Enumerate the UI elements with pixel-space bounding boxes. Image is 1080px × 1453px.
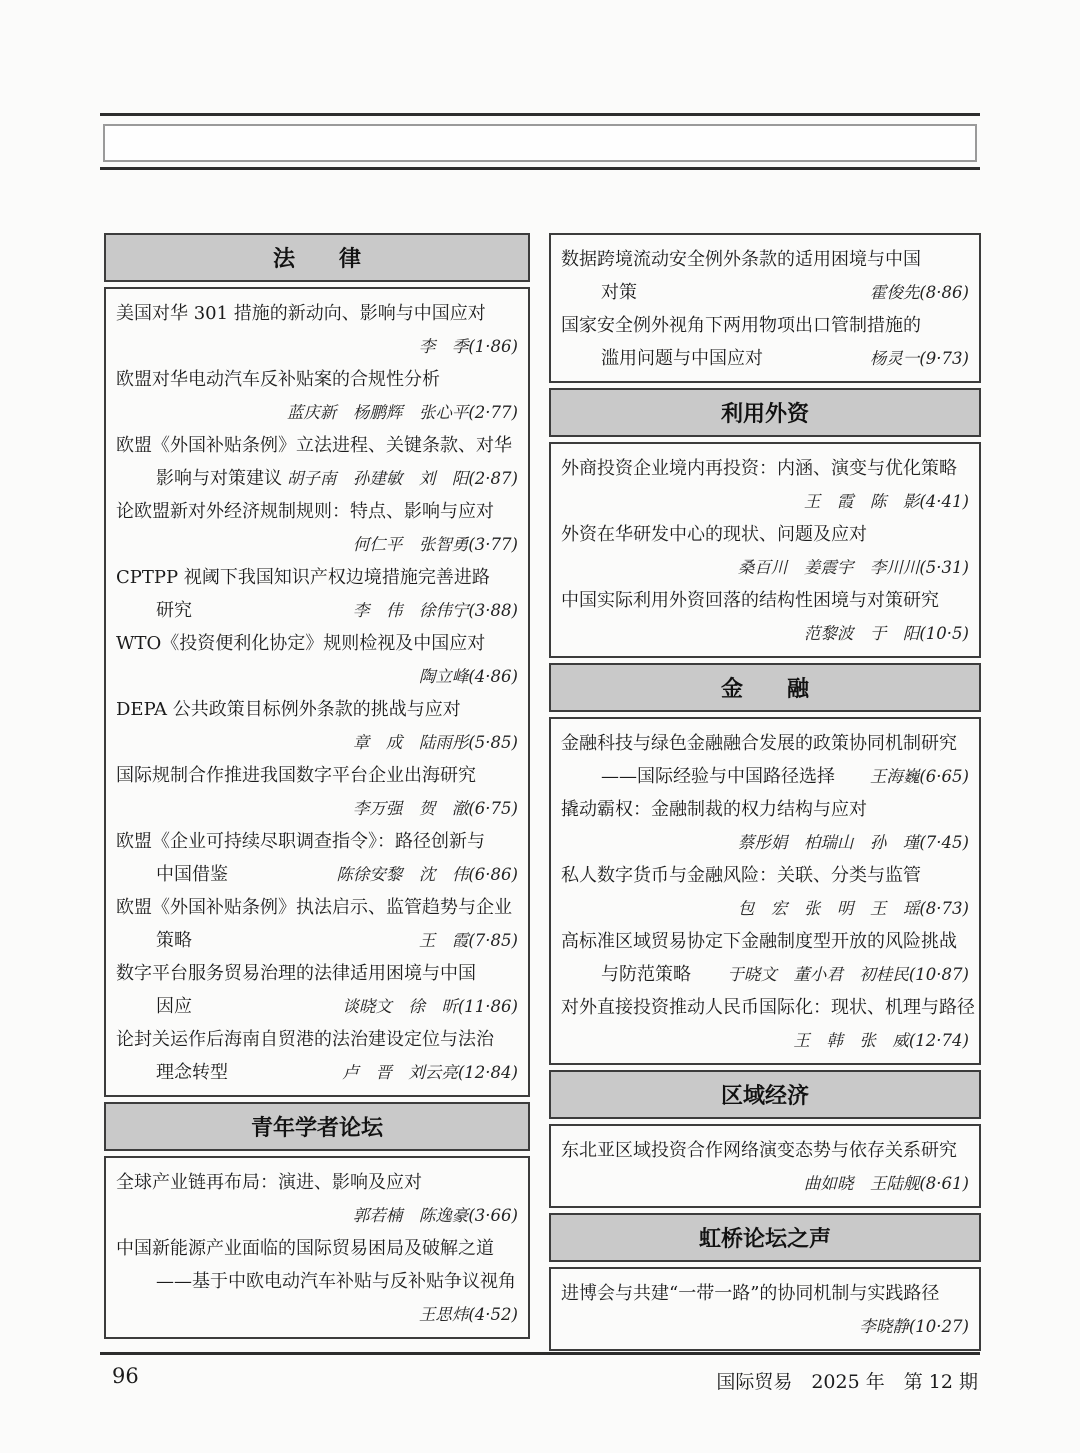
footer-rule bbox=[100, 1352, 980, 1355]
entry-line: 对策霍俊先(8·86) bbox=[561, 276, 969, 309]
entry-title-line: 对策 bbox=[601, 276, 637, 309]
entry-authors: 李 季(1·86) bbox=[419, 337, 518, 356]
toc-entry: 美国对华 301 措施的新动向、影响与中国应对李 季(1·86) bbox=[116, 297, 518, 363]
entry-title-line: 影响与对策建议 bbox=[156, 462, 282, 495]
entry-author-row: 王 霞 陈 影(4·41) bbox=[561, 485, 969, 518]
entry-line: 滥用问题与中国应对杨灵一(9·73) bbox=[561, 342, 969, 375]
entry-author-row: 王思炜(4·52) bbox=[116, 1298, 518, 1331]
entry-title-line: 进博会与共建“一带一路”的协同机制与实践路径 bbox=[561, 1277, 969, 1310]
entry-title-line: 全球产业链再布局：演进、影响及应对 bbox=[116, 1166, 518, 1199]
entry-authors: 杨灵一(9·73) bbox=[870, 342, 969, 375]
toc-entry: 欧盟对华电动汽车反补贴案的合规性分析蓝庆新 杨鹏辉 张心平(2·77) bbox=[116, 363, 518, 429]
entry-author-row: 王 韩 张 威(12·74) bbox=[561, 1024, 969, 1057]
entry-title-line: 中国新能源产业面临的国际贸易困局及破解之道 bbox=[116, 1232, 518, 1265]
entry-authors: 李 伟 徐伟宁(3·88) bbox=[353, 594, 518, 627]
toc-entry: 欧盟《企业可持续尽职调查指令》：路径创新与中国借鉴陈徐安黎 沈 伟(6·86) bbox=[116, 825, 518, 891]
section-header-foreign-investment: 利用外资 bbox=[549, 388, 981, 437]
entry-authors: 何仁平 张智勇(3·77) bbox=[353, 535, 518, 554]
entry-title-line: 理念转型 bbox=[156, 1056, 228, 1089]
entry-authors: 桑百川 姜震宇 李川川(5·31) bbox=[738, 558, 969, 577]
entry-title-line: 美国对华 301 措施的新动向、影响与中国应对 bbox=[116, 297, 518, 330]
entry-title-line: 因应 bbox=[156, 990, 192, 1023]
entry-title-line: 数字平台服务贸易治理的法律适用困境与中国 bbox=[116, 957, 518, 990]
entries-box: 外商投资企业境内再投资：内涵、演变与优化策略王 霞 陈 影(4·41)外资在华研… bbox=[549, 442, 981, 658]
entry-title-line: WTO《投资便利化协定》规则检视及中国应对 bbox=[116, 627, 518, 660]
entry-author-row: 范黎波 于 阳(10·5) bbox=[561, 617, 969, 650]
entry-line: 影响与对策建议胡子南 孙建敏 刘 阳(2·87) bbox=[116, 462, 518, 495]
entry-line: 中国借鉴陈徐安黎 沈 伟(6·86) bbox=[116, 858, 518, 891]
journal-issue-info: 国际贸易 2025 年 第 12 期 bbox=[716, 1367, 978, 1394]
entry-authors: 胡子南 孙建敏 刘 阳(2·87) bbox=[287, 462, 518, 495]
entry-line: 与防范策略于晓文 董小君 初桂民(10·87) bbox=[561, 958, 969, 991]
entry-authors: 王 霞(7·85) bbox=[419, 924, 518, 957]
toc-entry: 欧盟《外国补贴条例》执法启示、监管趋势与企业策略王 霞(7·85) bbox=[116, 891, 518, 957]
mid-rule bbox=[100, 167, 980, 170]
entry-authors: 王思炜(4·52) bbox=[419, 1305, 518, 1324]
entry-title-line: 对外直接投资推动人民币国际化：现状、机理与路径 bbox=[561, 991, 969, 1024]
entry-authors: 陈徐安黎 沈 伟(6·86) bbox=[336, 858, 518, 891]
entry-title-line: 撬动霸权：金融制裁的权力结构与应对 bbox=[561, 793, 969, 826]
entry-authors: 郭若楠 陈逸豪(3·66) bbox=[353, 1206, 518, 1225]
page-number: 96 bbox=[112, 1364, 139, 1388]
toc-entry: 对外直接投资推动人民币国际化：现状、机理与路径王 韩 张 威(12·74) bbox=[561, 991, 969, 1057]
entry-authors: 卢 晋 刘云亮(12·84) bbox=[342, 1056, 518, 1089]
entry-line: 因应谈晓文 徐 昕(11·86) bbox=[116, 990, 518, 1023]
entries-box: 数据跨境流动安全例外条款的适用困境与中国对策霍俊先(8·86)国家安全例外视角下… bbox=[549, 233, 981, 383]
entry-title-line: ——基于中欧电动汽车补贴与反补贴争议视角 bbox=[116, 1265, 518, 1298]
entry-author-row: 何仁平 张智勇(3·77) bbox=[116, 528, 518, 561]
entry-title-line: 高标准区域贸易协定下金融制度型开放的风险挑战 bbox=[561, 925, 969, 958]
journal-toc-page: 法 律美国对华 301 措施的新动向、影响与中国应对李 季(1·86)欧盟对华电… bbox=[0, 0, 1080, 1453]
entry-author-row: 蔡彤娟 柏瑞山 孙 瑾(7·45) bbox=[561, 826, 969, 859]
masthead-box bbox=[103, 124, 977, 162]
toc-entry: 国家安全例外视角下两用物项出口管制措施的滥用问题与中国应对杨灵一(9·73) bbox=[561, 309, 969, 375]
toc-entry: 数据跨境流动安全例外条款的适用困境与中国对策霍俊先(8·86) bbox=[561, 243, 969, 309]
entry-line: 策略王 霞(7·85) bbox=[116, 924, 518, 957]
toc-entry: 全球产业链再布局：演进、影响及应对郭若楠 陈逸豪(3·66) bbox=[116, 1166, 518, 1232]
top-rule bbox=[100, 113, 980, 116]
toc-entry: 中国新能源产业面临的国际贸易困局及破解之道——基于中欧电动汽车补贴与反补贴争议视… bbox=[116, 1232, 518, 1331]
entry-title-line: 东北亚区域投资合作网络演变态势与依存关系研究 bbox=[561, 1134, 969, 1167]
toc-entry: 论封关运作后海南自贸港的法治建设定位与法治理念转型卢 晋 刘云亮(12·84) bbox=[116, 1023, 518, 1089]
toc-entry: 金融科技与绿色金融融合发展的政策协同机制研究——国际经验与中国路径选择王海巍(6… bbox=[561, 727, 969, 793]
section-header-finance: 金 融 bbox=[549, 663, 981, 712]
entry-authors: 霍俊先(8·86) bbox=[870, 276, 969, 309]
entry-authors: 于晓文 董小君 初桂民(10·87) bbox=[727, 958, 969, 991]
entry-authors: 蔡彤娟 柏瑞山 孙 瑾(7·45) bbox=[738, 833, 969, 852]
entry-authors: 王 韩 张 威(12·74) bbox=[793, 1031, 969, 1050]
entry-authors: 蓝庆新 杨鹏辉 张心平(2·77) bbox=[287, 403, 518, 422]
section-header-regional-economy: 区域经济 bbox=[549, 1070, 981, 1119]
entry-author-row: 郭若楠 陈逸豪(3·66) bbox=[116, 1199, 518, 1232]
toc-entry: 撬动霸权：金融制裁的权力结构与应对蔡彤娟 柏瑞山 孙 瑾(7·45) bbox=[561, 793, 969, 859]
entries-box: 美国对华 301 措施的新动向、影响与中国应对李 季(1·86)欧盟对华电动汽车… bbox=[104, 287, 530, 1097]
entry-title-line: 策略 bbox=[156, 924, 192, 957]
entry-author-row: 陶立峰(4·86) bbox=[116, 660, 518, 693]
toc-entry: 进博会与共建“一带一路”的协同机制与实践路径李晓静(10·27) bbox=[561, 1277, 969, 1343]
entry-author-row: 李万强 贺 澈(6·75) bbox=[116, 792, 518, 825]
entry-authors: 章 成 陆雨彤(5·85) bbox=[353, 733, 518, 752]
entry-authors: 陶立峰(4·86) bbox=[419, 667, 518, 686]
entry-authors: 谈晓文 徐 昕(11·86) bbox=[342, 990, 518, 1023]
entry-title-line: 中国实际利用外资回落的结构性困境与对策研究 bbox=[561, 584, 969, 617]
entry-authors: 范黎波 于 阳(10·5) bbox=[804, 624, 969, 643]
entry-authors: 曲如晓 王陆舰(8·61) bbox=[804, 1174, 969, 1193]
entry-title-line: 外商投资企业境内再投资：内涵、演变与优化策略 bbox=[561, 452, 969, 485]
entry-author-row: 李 季(1·86) bbox=[116, 330, 518, 363]
entry-line: 理念转型卢 晋 刘云亮(12·84) bbox=[116, 1056, 518, 1089]
entry-title-line: 欧盟《外国补贴条例》立法进程、关键条款、对华 bbox=[116, 429, 518, 462]
entry-author-row: 章 成 陆雨彤(5·85) bbox=[116, 726, 518, 759]
entry-title-line: 论封关运作后海南自贸港的法治建设定位与法治 bbox=[116, 1023, 518, 1056]
toc-entry: 数字平台服务贸易治理的法律适用困境与中国因应谈晓文 徐 昕(11·86) bbox=[116, 957, 518, 1023]
toc-entry: 外资在华研发中心的现状、问题及应对桑百川 姜震宇 李川川(5·31) bbox=[561, 518, 969, 584]
toc-entry: 欧盟《外国补贴条例》立法进程、关键条款、对华影响与对策建议胡子南 孙建敏 刘 阳… bbox=[116, 429, 518, 495]
entry-author-row: 桑百川 姜震宇 李川川(5·31) bbox=[561, 551, 969, 584]
entry-title-line: 与防范策略 bbox=[601, 958, 691, 991]
entry-title-line: 研究 bbox=[156, 594, 192, 627]
toc-entry: 中国实际利用外资回落的结构性困境与对策研究范黎波 于 阳(10·5) bbox=[561, 584, 969, 650]
entry-author-row: 蓝庆新 杨鹏辉 张心平(2·77) bbox=[116, 396, 518, 429]
entry-authors: 包 宏 张 明 王 瑶(8·73) bbox=[738, 899, 969, 918]
toc-column-left: 法 律美国对华 301 措施的新动向、影响与中国应对李 季(1·86)欧盟对华电… bbox=[104, 233, 530, 1339]
entry-title-line: 国家安全例外视角下两用物项出口管制措施的 bbox=[561, 309, 969, 342]
entry-title-line: DEPA 公共政策目标例外条款的挑战与应对 bbox=[116, 693, 518, 726]
entry-authors: 王 霞 陈 影(4·41) bbox=[804, 492, 969, 511]
toc-entry: 高标准区域贸易协定下金融制度型开放的风险挑战与防范策略于晓文 董小君 初桂民(1… bbox=[561, 925, 969, 991]
entry-author-row: 曲如晓 王陆舰(8·61) bbox=[561, 1167, 969, 1200]
section-header-hongqiao-forum-voice: 虹桥论坛之声 bbox=[549, 1213, 981, 1262]
entry-title-line: 金融科技与绿色金融融合发展的政策协同机制研究 bbox=[561, 727, 969, 760]
entry-title-line: ——国际经验与中国路径选择 bbox=[601, 760, 835, 793]
entry-title-line: 欧盟《外国补贴条例》执法启示、监管趋势与企业 bbox=[116, 891, 518, 924]
toc-entry: 私人数字货币与金融风险：关联、分类与监管包 宏 张 明 王 瑶(8·73) bbox=[561, 859, 969, 925]
entry-authors: 王海巍(6·65) bbox=[870, 760, 969, 793]
entries-box: 全球产业链再布局：演进、影响及应对郭若楠 陈逸豪(3·66)中国新能源产业面临的… bbox=[104, 1156, 530, 1339]
entry-author-row: 包 宏 张 明 王 瑶(8·73) bbox=[561, 892, 969, 925]
entry-title-line: 外资在华研发中心的现状、问题及应对 bbox=[561, 518, 969, 551]
toc-entry: 外商投资企业境内再投资：内涵、演变与优化策略王 霞 陈 影(4·41) bbox=[561, 452, 969, 518]
toc-entry: CPTPP 视阈下我国知识产权边境措施完善进路研究李 伟 徐伟宁(3·88) bbox=[116, 561, 518, 627]
section-header-young-scholars-forum: 青年学者论坛 bbox=[104, 1102, 530, 1151]
entries-box: 进博会与共建“一带一路”的协同机制与实践路径李晓静(10·27) bbox=[549, 1267, 981, 1351]
toc-entry: 国际规制合作推进我国数字平台企业出海研究李万强 贺 澈(6·75) bbox=[116, 759, 518, 825]
toc-entry: DEPA 公共政策目标例外条款的挑战与应对章 成 陆雨彤(5·85) bbox=[116, 693, 518, 759]
entry-line: ——国际经验与中国路径选择王海巍(6·65) bbox=[561, 760, 969, 793]
toc-column-right: 数据跨境流动安全例外条款的适用困境与中国对策霍俊先(8·86)国家安全例外视角下… bbox=[549, 233, 981, 1351]
entry-title-line: 论欧盟新对外经济规制规则：特点、影响与应对 bbox=[116, 495, 518, 528]
entry-authors: 李晓静(10·27) bbox=[859, 1317, 969, 1336]
toc-entry: WTO《投资便利化协定》规则检视及中国应对陶立峰(4·86) bbox=[116, 627, 518, 693]
entry-author-row: 李晓静(10·27) bbox=[561, 1310, 969, 1343]
toc-entry: 论欧盟新对外经济规制规则：特点、影响与应对何仁平 张智勇(3·77) bbox=[116, 495, 518, 561]
entries-box: 东北亚区域投资合作网络演变态势与依存关系研究曲如晓 王陆舰(8·61) bbox=[549, 1124, 981, 1208]
toc-entry: 东北亚区域投资合作网络演变态势与依存关系研究曲如晓 王陆舰(8·61) bbox=[561, 1134, 969, 1200]
entry-title-line: 欧盟对华电动汽车反补贴案的合规性分析 bbox=[116, 363, 518, 396]
entry-title-line: 滥用问题与中国应对 bbox=[601, 342, 763, 375]
entry-title-line: 数据跨境流动安全例外条款的适用困境与中国 bbox=[561, 243, 969, 276]
entries-box: 金融科技与绿色金融融合发展的政策协同机制研究——国际经验与中国路径选择王海巍(6… bbox=[549, 717, 981, 1065]
entry-title-line: 国际规制合作推进我国数字平台企业出海研究 bbox=[116, 759, 518, 792]
entry-title-line: 私人数字货币与金融风险：关联、分类与监管 bbox=[561, 859, 969, 892]
entry-title-line: CPTPP 视阈下我国知识产权边境措施完善进路 bbox=[116, 561, 518, 594]
section-header-law: 法 律 bbox=[104, 233, 530, 282]
entry-authors: 李万强 贺 澈(6·75) bbox=[353, 799, 518, 818]
entry-line: 研究李 伟 徐伟宁(3·88) bbox=[116, 594, 518, 627]
entry-title-line: 欧盟《企业可持续尽职调查指令》：路径创新与 bbox=[116, 825, 518, 858]
entry-title-line: 中国借鉴 bbox=[156, 858, 228, 891]
